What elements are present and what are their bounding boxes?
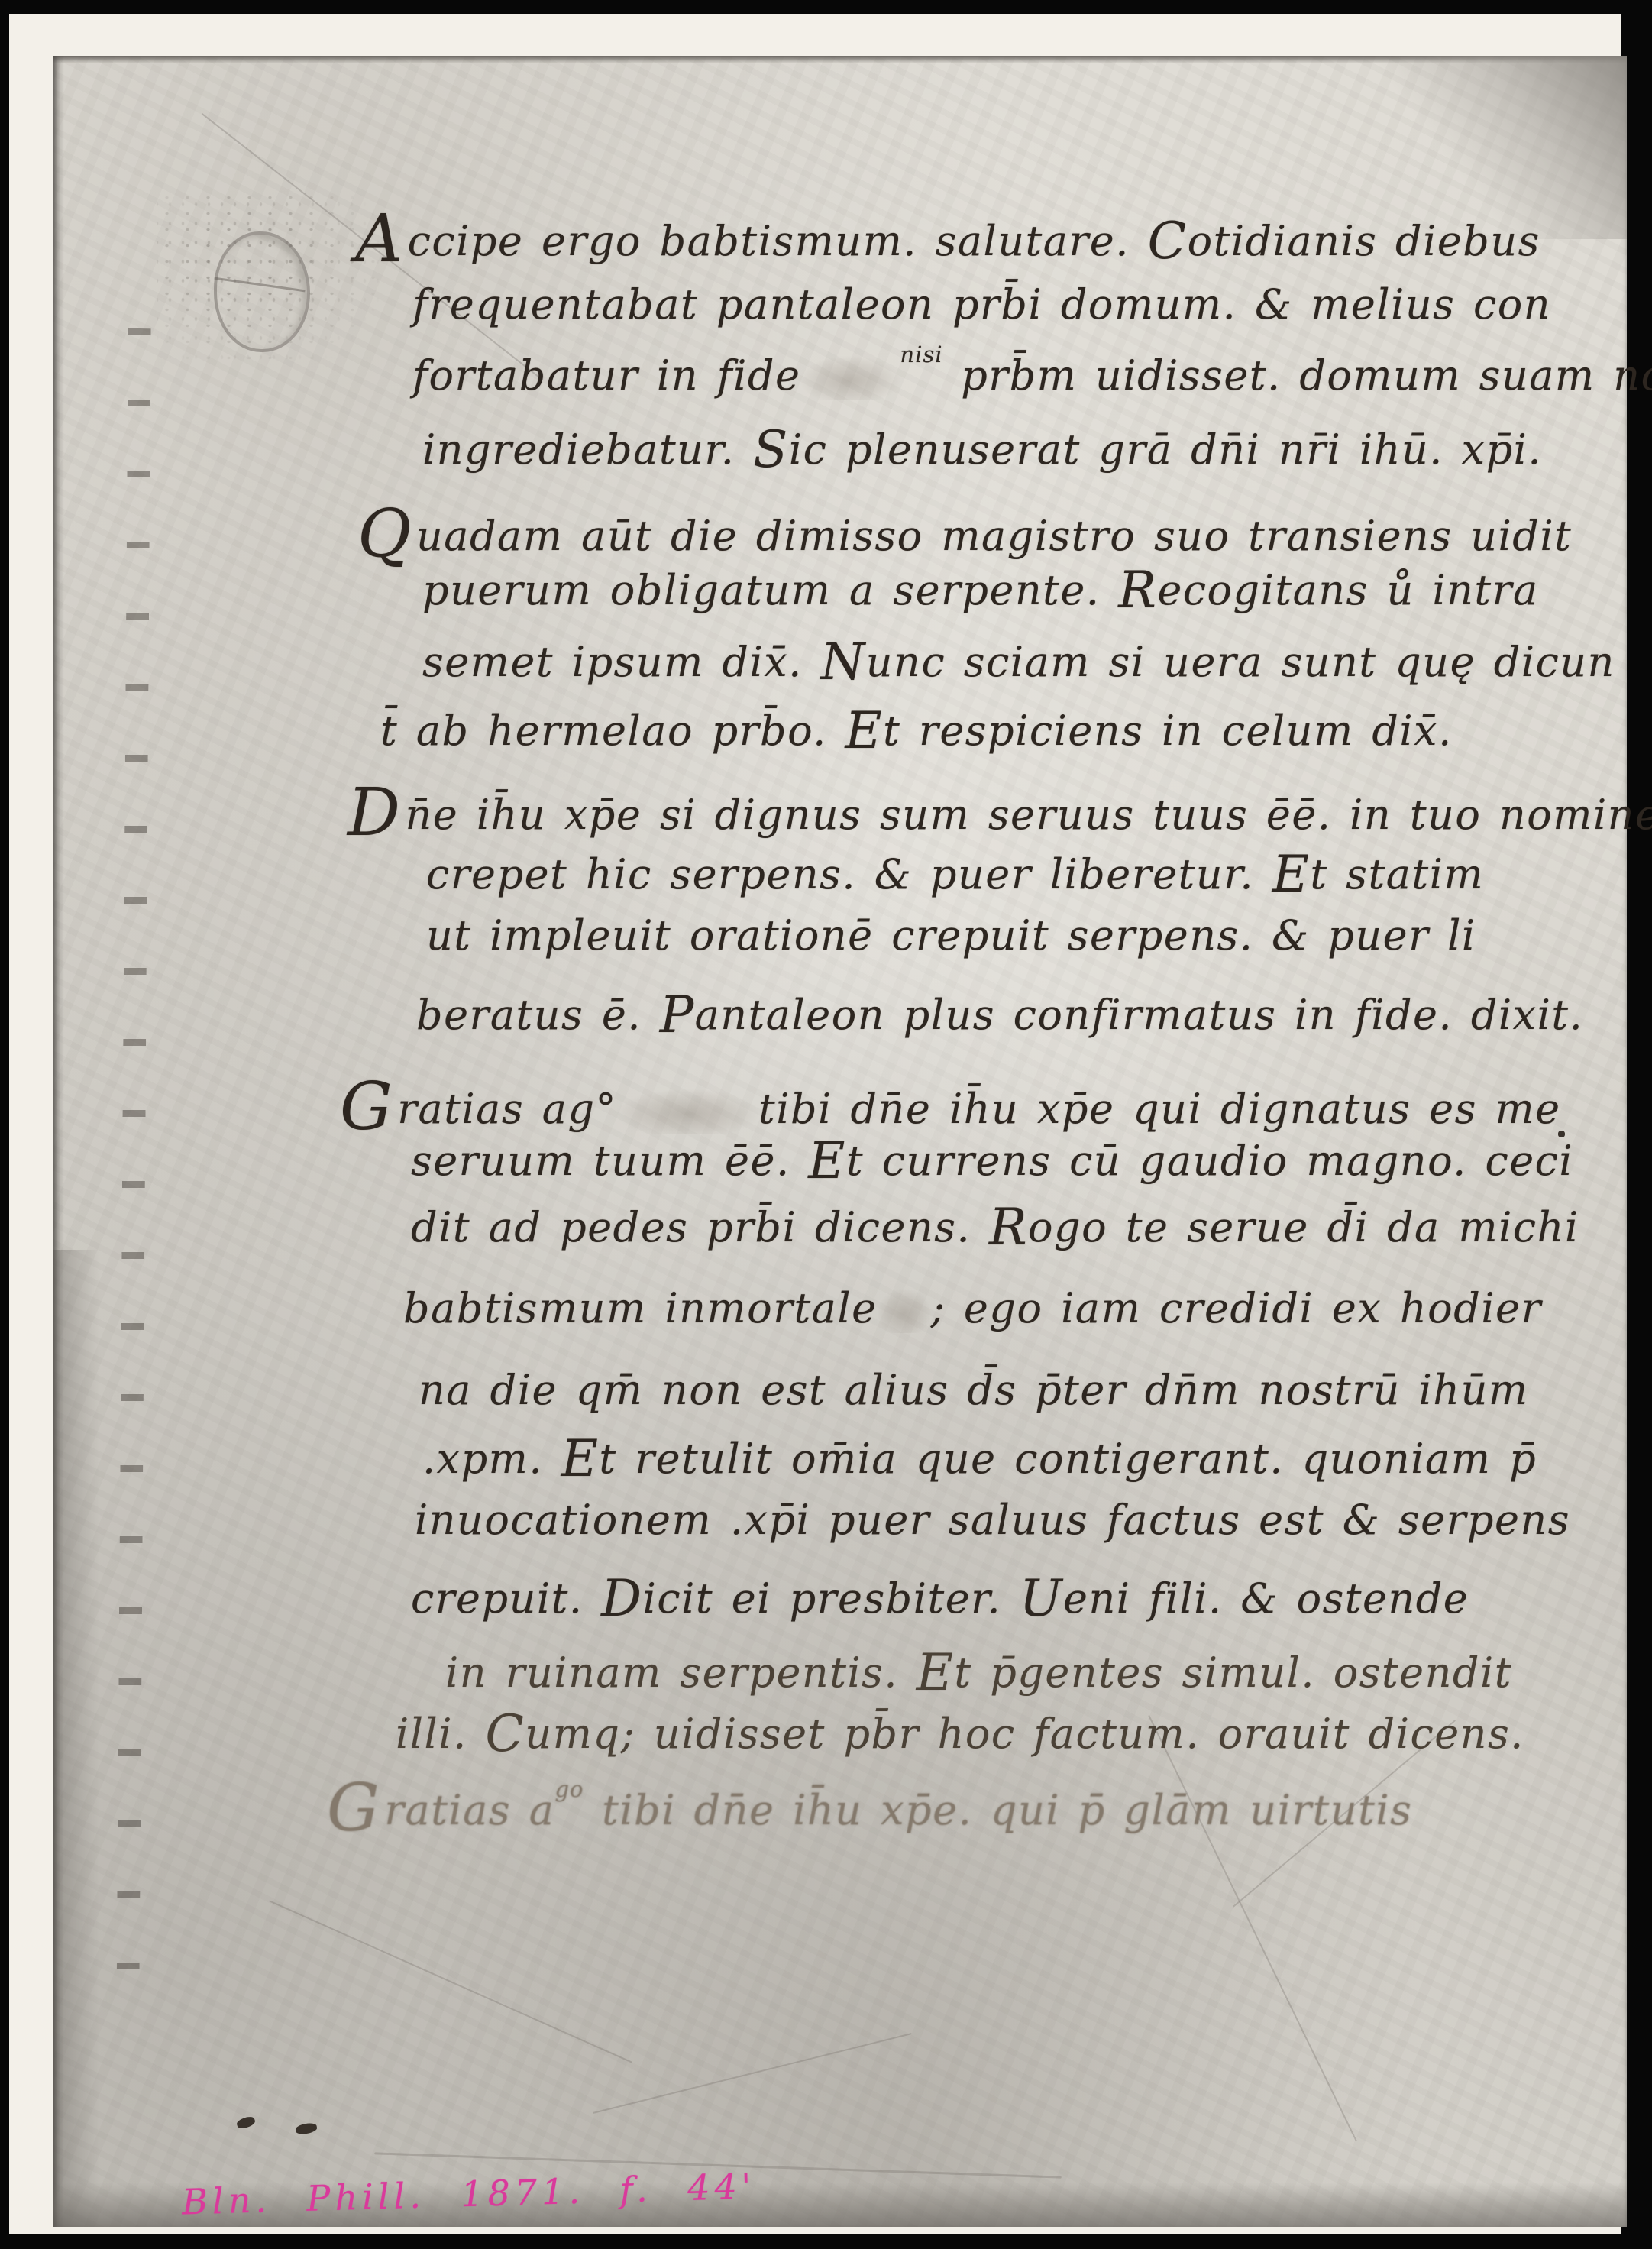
manuscript-line: t̄ ab hermelao prb̄o. Et respiciens in c… [380, 703, 1453, 753]
text-segment: puerum obligatum a serpente. [422, 566, 1118, 614]
capital-letter: D [601, 1569, 642, 1628]
text-segment: dit ad pedes prb̄i dicens. [411, 1203, 989, 1251]
manuscript-line: illi. Cumq; uidisset pb̄r hoc factum. or… [396, 1706, 1524, 1756]
capital-letter: R [1118, 561, 1157, 620]
manuscript-line: .xpm. Et retulit om̄ia que contigerant. … [422, 1431, 1537, 1481]
text-segment: t currens cū gaudio magno. ceci [846, 1137, 1573, 1185]
text-segment: na die qm̄ non est alius d̄s p̄ter dn̄m … [419, 1366, 1529, 1414]
text-segment: n̄e ih̄u xp̄e si dignus sum seruus tuus … [405, 791, 1652, 839]
manuscript-line: Quadam aūt die dimisso magistro suo tran… [357, 495, 1572, 561]
capital-letter: E [917, 1643, 955, 1702]
text-segment: fortabatur in fide [412, 351, 800, 400]
capital-letter: C [1148, 212, 1188, 270]
text-segment: t p̄gentes simul. ostendit [954, 1649, 1512, 1697]
text-segment: ogo te serue d̄i da michi [1028, 1203, 1579, 1251]
text-segment: antaleon plus confirmatus in fide. dixit… [695, 991, 1584, 1039]
manuscript-line: dit ad pedes prb̄i dicens. Rogo te serue… [411, 1199, 1579, 1250]
text-segment: ic plenuserat grā dn̄i nr̄i ihū. xp̄i. [789, 426, 1542, 474]
text-segment: .xpm. [422, 1435, 561, 1483]
capital-letter: S [753, 420, 789, 479]
text-segment: illi. [396, 1710, 485, 1758]
initial-letter: D [348, 775, 401, 851]
manuscript-line: in ruinam serpentis. Et p̄gentes simul. … [445, 1645, 1512, 1695]
manuscript-line: Gratias ag°tibi dn̄e ih̄u xp̄e qui digna… [340, 1068, 1561, 1134]
manuscript-line: seruum tuum ēē. Et currens cū gaudio mag… [411, 1133, 1573, 1183]
text-segment: ; ego iam credidi ex hodier [931, 1284, 1542, 1332]
text-block: Accipe ergo babtismum. salutare. Cotidia… [0, 0, 1652, 2249]
text-segment: icit ei presbiter. [643, 1574, 1020, 1623]
capital-letter: E [1272, 845, 1311, 904]
text-segment: crepuit. [411, 1574, 601, 1623]
manuscript-line: Gratias ago tibi dn̄e ih̄u xp̄e. qui p̄ … [327, 1769, 1412, 1835]
interlinear-addition: go [554, 1776, 584, 1802]
manuscript-line: ingrediebatur. Sic plenuserat grā dn̄i n… [422, 422, 1542, 472]
text-segment: ratias a [384, 1786, 554, 1834]
initial-letter: Q [357, 496, 412, 572]
text-segment: umq; uidisset pb̄r hoc factum. orauit di… [525, 1710, 1524, 1758]
text-segment: t̄ ab hermelao prb̄o. [380, 707, 845, 755]
text-segment: tibi dn̄e ih̄u xp̄e. qui p̄ glām uirtuti… [584, 1786, 1412, 1834]
text-segment: beratus ē. [416, 991, 660, 1039]
text-segment: prb̄m uidisset. domum suam non [943, 351, 1652, 400]
text-segment: ccipe ergo babtismum. salutare. [408, 217, 1148, 265]
text-segment: semet ipsum dix̄. [422, 638, 821, 686]
manuscript-line: inuocationem .xp̄i puer saluus factus es… [415, 1500, 1570, 1541]
manuscript-line: na die qm̄ non est alius d̄s p̄ter dn̄m … [419, 1370, 1529, 1411]
capital-letter: P [660, 985, 695, 1044]
text-segment: frequentabat pantaleon prb̄i domum. & me… [412, 280, 1551, 328]
manuscript-line: Dn̄e ih̄u xp̄e si dignus sum seruus tuus… [348, 774, 1652, 840]
manuscript-line: semet ipsum dix̄. Nunc sciam si uera sun… [422, 634, 1615, 684]
text-segment: seruum tuum ēē. [411, 1137, 808, 1185]
text-segment: t respiciens in celum dix̄. [883, 707, 1453, 755]
erasure-gap [878, 1289, 931, 1333]
text-segment: in ruinam serpentis. [445, 1649, 917, 1697]
text-segment: t retulit om̄ia que contigerant. quoniam… [599, 1435, 1537, 1483]
manuscript-line: crepuit. Dicit ei presbiter. Ueni fili. … [411, 1571, 1469, 1621]
text-segment: crepet hic serpens. & puer liberetur. [426, 850, 1272, 898]
capital-letter: E [561, 1429, 600, 1488]
initial-letter: G [327, 1770, 380, 1846]
manuscript-line: babtismum inmortale; ego iam credidi ex … [403, 1288, 1542, 1333]
capital-letter: R [989, 1198, 1028, 1257]
interlinear-addition: nisi [900, 341, 942, 367]
photo-frame: Accipe ergo babtismum. salutare. Cotidia… [0, 0, 1652, 2249]
erasure-gap [800, 356, 900, 400]
manuscript-line: ut impleuit orationē crepuit serpens. & … [426, 915, 1476, 956]
text-segment: ecogitans ů intra [1157, 566, 1538, 614]
manuscript-line: puerum obligatum a serpente. Recogitans … [422, 562, 1539, 613]
text-segment: babtismum inmortale [403, 1284, 878, 1332]
manuscript-line: beratus ē. Pantaleon plus confirmatus in… [416, 987, 1583, 1037]
text-segment: tibi dn̄e ih̄u xp̄e qui dignatus es me [758, 1085, 1561, 1133]
initial-letter: A [355, 201, 404, 277]
capital-letter: U [1020, 1569, 1063, 1628]
text-segment: ratias ag° [397, 1085, 617, 1133]
text-segment: uadam aūt die dimisso magistro suo trans… [416, 512, 1572, 560]
manuscript-line: frequentabat pantaleon prb̄i domum. & me… [412, 284, 1551, 325]
capital-letter: E [808, 1131, 846, 1190]
capital-letter: E [845, 701, 883, 760]
text-segment: otidianis diebus [1188, 217, 1540, 265]
erasure-gap [617, 1089, 758, 1134]
text-segment: unc sciam si uera sunt quę dicun [866, 638, 1615, 686]
text-segment: ut impleuit orationē crepuit serpens. & … [426, 911, 1476, 959]
text-segment: ingrediebatur. [422, 426, 753, 474]
manuscript-line: crepet hic serpens. & puer liberetur. Et… [426, 846, 1484, 897]
manuscript-line: Accipe ergo babtismum. salutare. Cotidia… [355, 200, 1540, 266]
manuscript-line: fortabatur in fidenisi prb̄m uidisset. d… [412, 355, 1652, 400]
initial-letter: G [340, 1069, 393, 1145]
text-segment: t statim [1310, 850, 1484, 898]
capital-letter: N [821, 633, 866, 691]
capital-letter: C [485, 1704, 525, 1763]
text-segment: inuocationem .xp̄i puer saluus factus es… [415, 1496, 1570, 1544]
text-segment: eni fili. & ostende [1063, 1574, 1469, 1623]
